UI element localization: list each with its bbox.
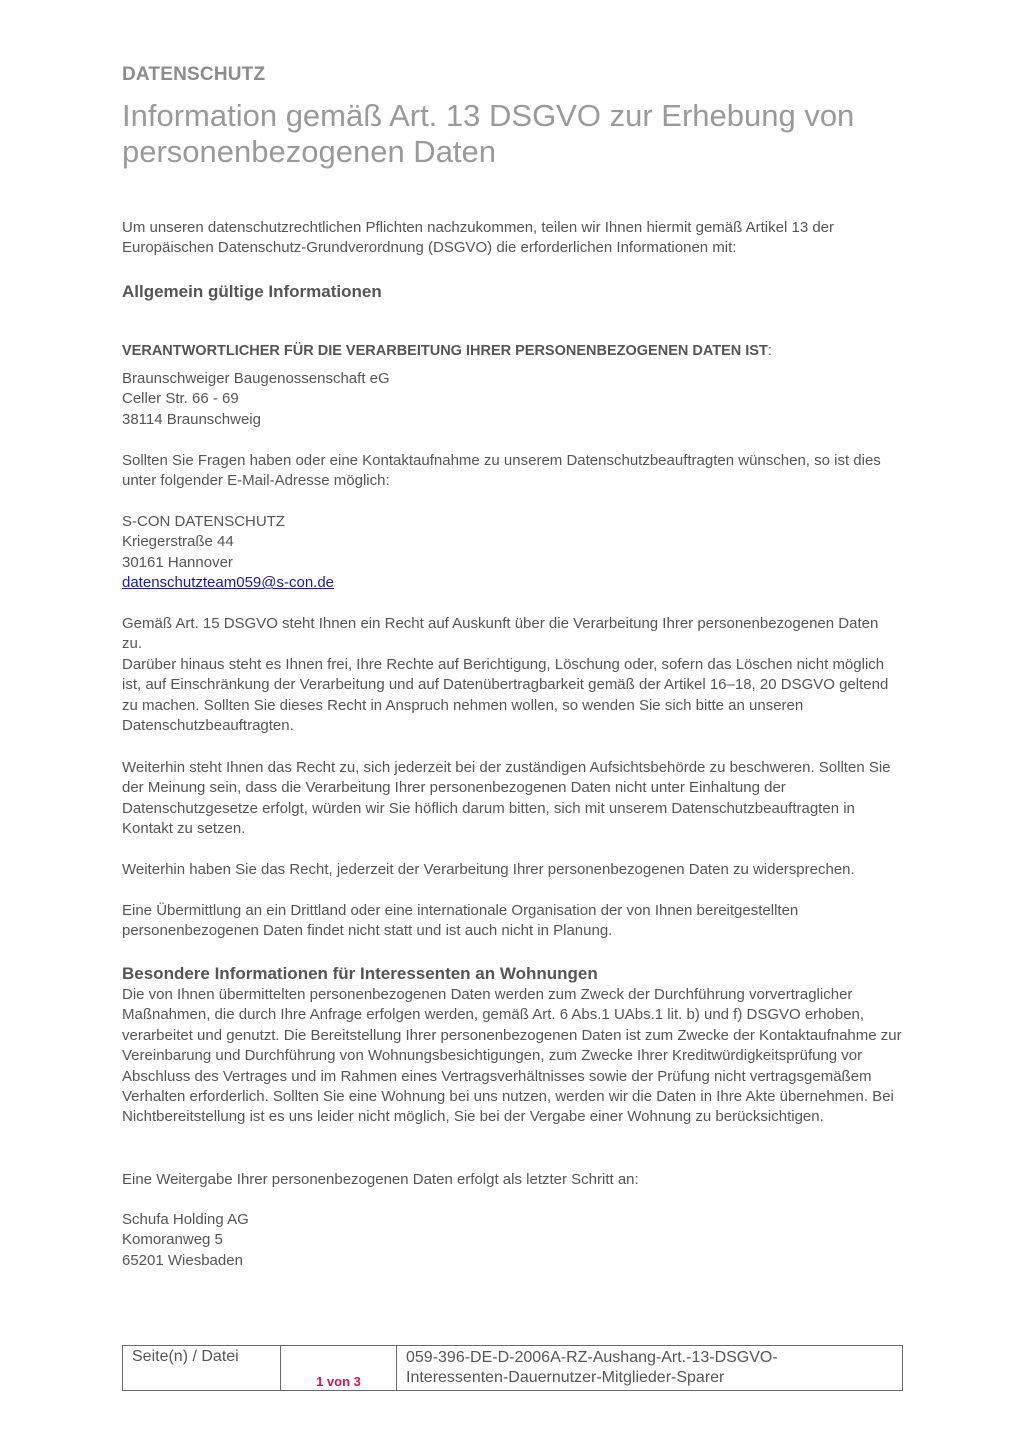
controller-heading: VERANTWORTLICHER FÜR DIE VERARBEITUNG IH… — [122, 343, 772, 359]
third-country-paragraph: Eine Übermittlung an ein Drittland oder … — [122, 901, 904, 942]
dpo-street: Kriegerstraße 44 — [122, 532, 334, 552]
dpo-city: 30161 Hannover — [122, 553, 334, 573]
filename-line-1: 059-396-DE-D-2006A-RZ-Aushang-Art.-13-DS… — [406, 1348, 893, 1368]
complaint-paragraph: Weiterhin steht Ihnen das Recht zu, sich… — [122, 758, 904, 840]
controller-name: Braunschweiger Baugenossenschaft eG — [122, 369, 390, 389]
dpo-name: S-CON DATENSCHUTZ — [122, 512, 334, 532]
general-info-heading: Allgemein gültige Informationen — [122, 282, 382, 302]
contact-paragraph: Sollten Sie Fragen haben oder eine Konta… — [122, 451, 882, 492]
dpo-email-link[interactable]: datenschutzteam059@s-con.de — [122, 574, 334, 591]
footer-label: Seite(n) / Datei — [123, 1346, 281, 1391]
controller-heading-colon: : — [768, 343, 772, 359]
footer-page-cell: 1 von 3 — [281, 1346, 397, 1391]
section-kicker: DATENSCHUTZ — [122, 64, 265, 86]
controller-heading-text: VERANTWORTLICHER FÜR DIE VERARBEITUNG IH… — [122, 343, 768, 359]
filename-line-2: Interessenten-Dauernutzer-Mitglieder-Spa… — [406, 1368, 893, 1388]
controller-street: Celler Str. 66 - 69 — [122, 389, 390, 409]
controller-city: 38114 Braunschweig — [122, 410, 390, 430]
page-number: 1 von 3 — [316, 1374, 361, 1389]
controller-address: Braunschweiger Baugenossenschaft eG Cell… — [122, 369, 390, 430]
footer-filename: 059-396-DE-D-2006A-RZ-Aushang-Art.-13-DS… — [397, 1346, 903, 1391]
objection-paragraph: Weiterhin haben Sie das Recht, jederzeit… — [122, 860, 904, 880]
dpo-address: S-CON DATENSCHUTZ Kriegerstraße 44 30161… — [122, 512, 334, 594]
recipient-address: Schufa Holding AG Komoranweg 5 65201 Wie… — [122, 1210, 249, 1271]
other-rights-paragraph: Darüber hinaus steht es Ihnen frei, Ihre… — [122, 655, 904, 737]
recipient-name: Schufa Holding AG — [122, 1210, 249, 1230]
footer-table: Seite(n) / Datei 1 von 3 059-396-DE-D-20… — [122, 1345, 903, 1391]
disclosure-paragraph: Eine Weitergabe Ihrer personenbezogenen … — [122, 1170, 904, 1190]
access-right-paragraph: Gemäß Art. 15 DSGVO steht Ihnen ein Rech… — [122, 614, 892, 655]
page-title: Information gemäß Art. 13 DSGVO zur Erhe… — [122, 98, 902, 170]
apartment-info-heading: Besondere Informationen für Interessente… — [122, 964, 598, 984]
intro-paragraph: Um unseren datenschutzrechtlichen Pflich… — [122, 218, 904, 259]
apartment-info-paragraph: Die von Ihnen übermittelten personenbezo… — [122, 985, 904, 1128]
recipient-street: Komoranweg 5 — [122, 1230, 249, 1250]
recipient-city: 65201 Wiesbaden — [122, 1251, 249, 1271]
